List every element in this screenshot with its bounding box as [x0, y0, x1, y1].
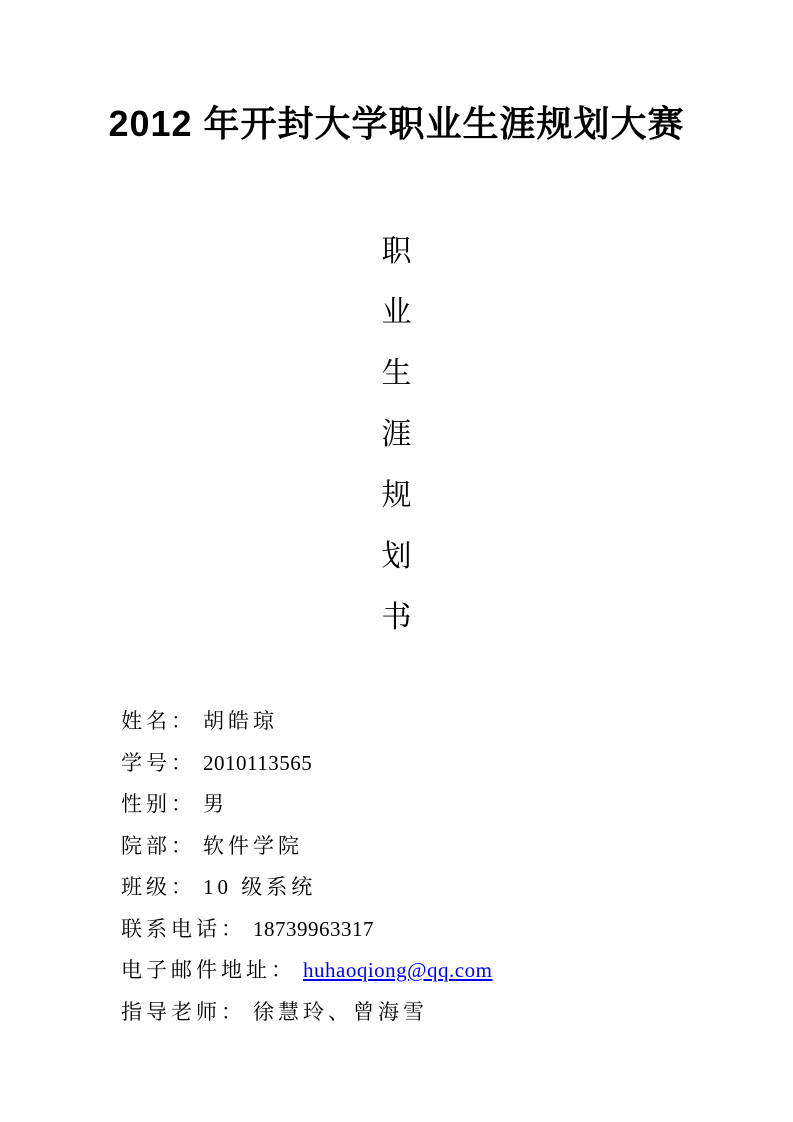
info-row-student-id: 学号：2010113565	[121, 743, 492, 785]
vertical-title: 职 业 生 涯 规 划 书	[0, 221, 793, 648]
field-label: 姓名	[121, 709, 171, 733]
info-row-name: 姓名：胡皓琼	[121, 701, 492, 743]
vertical-title-char: 划	[0, 526, 793, 587]
field-colon: ：	[171, 834, 196, 858]
info-row-gender: 性别：男	[121, 784, 492, 826]
info-row-email: 电子邮件地址：huhaoqiong@qq.com	[121, 950, 492, 992]
vertical-title-char: 书	[0, 587, 793, 648]
field-colon: ：	[221, 917, 246, 941]
field-colon: ：	[171, 792, 196, 816]
field-label: 电子邮件地址	[121, 958, 271, 982]
field-label: 指导老师	[121, 1000, 221, 1024]
page-title: 2012 年开封大学职业生涯规划大赛	[0, 104, 793, 144]
field-label: 联系电话	[121, 917, 221, 941]
field-value: 胡皓琼	[203, 709, 278, 733]
field-value: 徐慧玲、曾海雪	[253, 1000, 428, 1024]
info-row-advisor: 指导老师：徐慧玲、曾海雪	[121, 992, 492, 1034]
vertical-title-char: 职	[0, 221, 793, 282]
field-value: 18739963317	[253, 917, 374, 941]
field-value: 2010113565	[203, 751, 312, 775]
field-value: 软件学院	[203, 834, 303, 858]
field-value: 男	[203, 792, 228, 816]
info-row-phone: 联系电话：18739963317	[121, 909, 492, 951]
field-value: 10 级系统	[203, 875, 316, 899]
field-colon: ：	[171, 709, 196, 733]
field-label: 性别	[121, 792, 171, 816]
field-colon: ：	[271, 958, 296, 982]
document-page: 2012 年开封大学职业生涯规划大赛 职 业 生 涯 规 划 书 姓名：胡皓琼 …	[0, 0, 793, 1122]
field-label: 学号	[121, 751, 171, 775]
info-block: 姓名：胡皓琼 学号：2010113565 性别：男 院部：软件学院 班级：10 …	[121, 701, 492, 1033]
field-colon: ：	[171, 751, 196, 775]
vertical-title-char: 规	[0, 465, 793, 526]
info-row-class: 班级：10 级系统	[121, 867, 492, 909]
vertical-title-char: 涯	[0, 404, 793, 465]
field-label: 班级	[121, 875, 171, 899]
vertical-title-char: 生	[0, 343, 793, 404]
field-colon: ：	[221, 1000, 246, 1024]
field-label: 院部	[121, 834, 171, 858]
field-colon: ：	[171, 875, 196, 899]
email-link[interactable]: huhaoqiong@qq.com	[303, 958, 492, 982]
info-row-department: 院部：软件学院	[121, 826, 492, 868]
vertical-title-char: 业	[0, 282, 793, 343]
